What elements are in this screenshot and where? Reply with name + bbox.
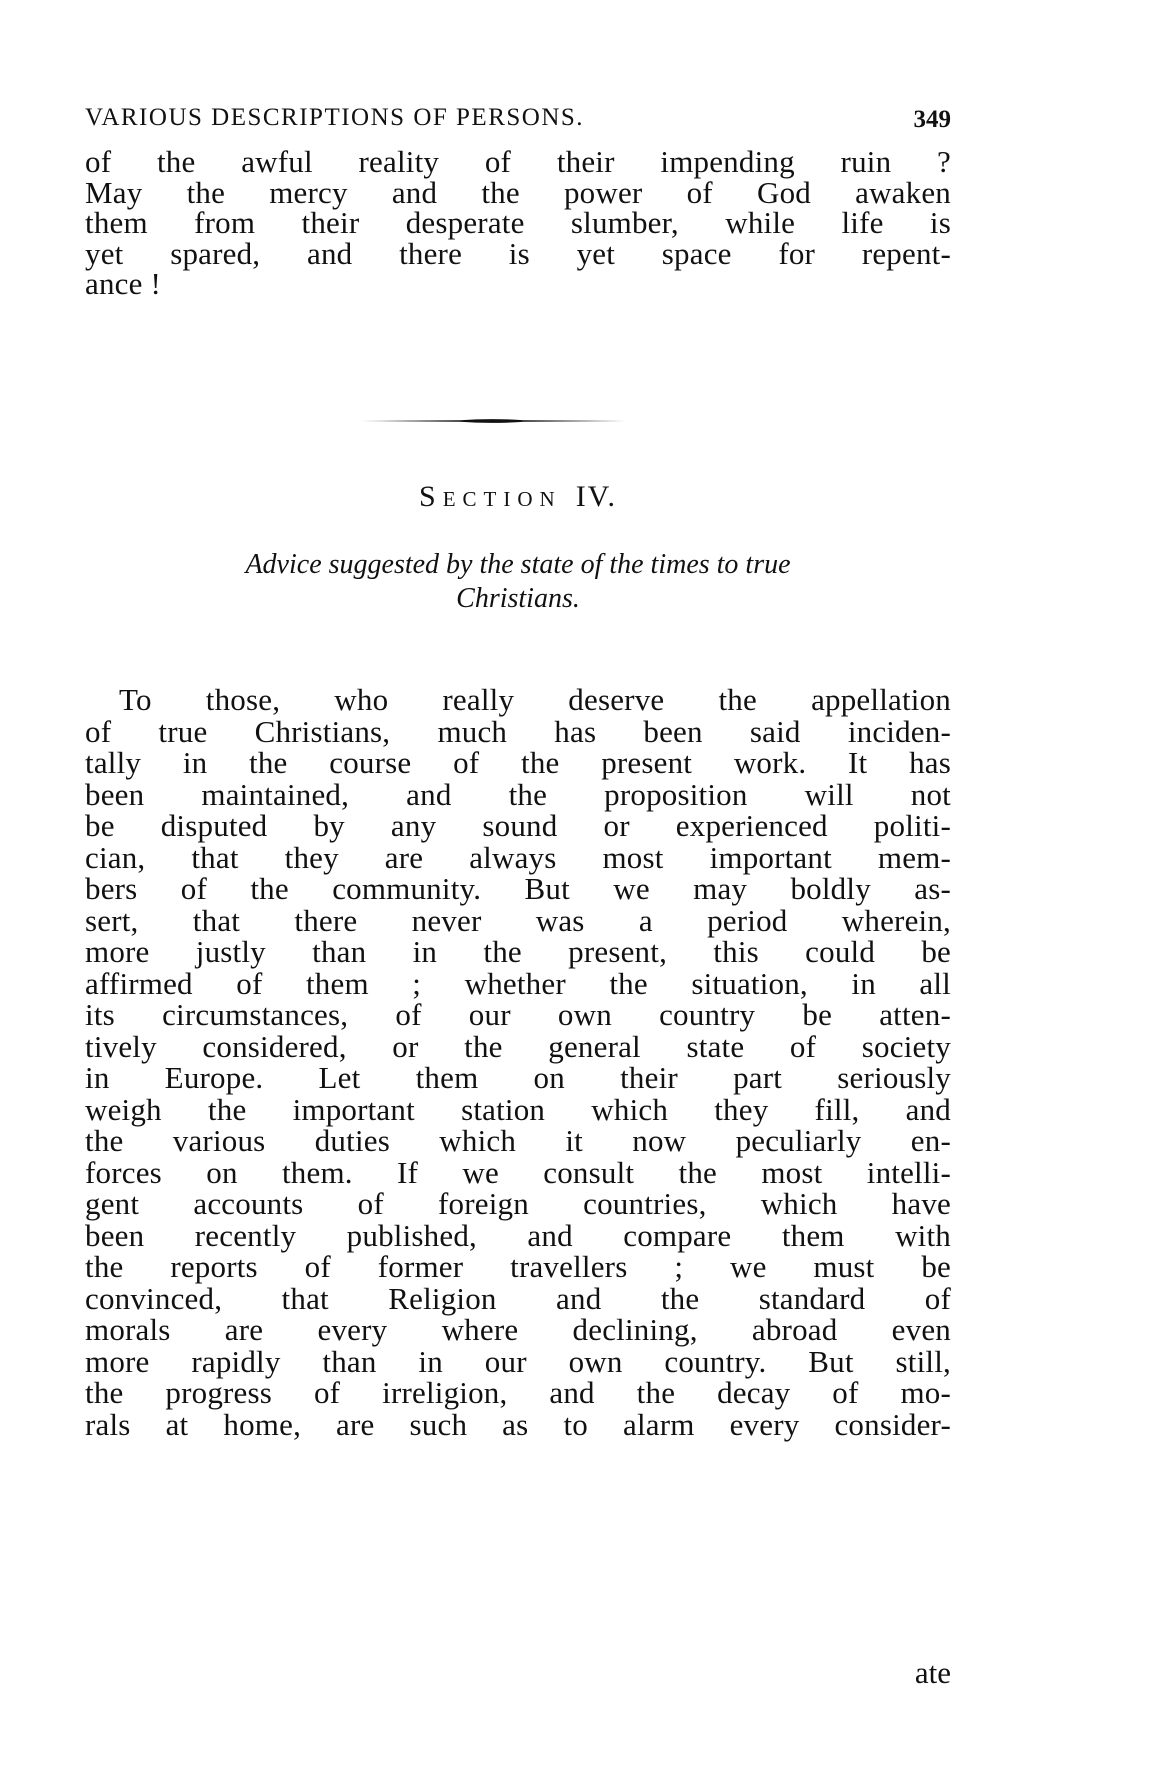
text-line: more rapidly than in our own country. Bu…: [85, 1346, 951, 1378]
text-line: forces on them. If we consult the most i…: [85, 1157, 951, 1189]
text-line: May the mercy and the power of God awake…: [85, 178, 951, 209]
text-line: of true Christians, much has been said i…: [85, 716, 951, 748]
text-line: yet spared, and there is yet space for r…: [85, 239, 951, 270]
text-line: been recently published, and compare the…: [85, 1220, 951, 1252]
text-line: its circumstances, of our own country be…: [85, 999, 951, 1031]
text-line: gent accounts of foreign countries, whic…: [85, 1188, 951, 1220]
text-line: convinced, that Religion and the standar…: [85, 1283, 951, 1315]
section-subtitle: Advice suggested by the state of the tim…: [85, 548, 951, 616]
text-line: To those, who really deserve the appella…: [85, 684, 951, 716]
text-line: of the awful reality of their impending …: [85, 147, 951, 178]
text-line: the reports of former travellers ; we mu…: [85, 1251, 951, 1283]
text-line: ance !: [85, 269, 951, 300]
text-line: tively considered, or the general state …: [85, 1031, 951, 1063]
text-line: sert, that there never was a period wher…: [85, 905, 951, 937]
subtitle-line: Advice suggested by the state of the tim…: [85, 548, 951, 582]
text-line: affirmed of them ; whether the situation…: [85, 968, 951, 1000]
section-heading: SectionIV.: [85, 480, 951, 514]
intro-paragraph: of the awful reality of their impending …: [85, 147, 951, 300]
page-number: 349: [914, 106, 952, 134]
text-line: in Europe. Let them on their part seriou…: [85, 1062, 951, 1094]
section-divider-rule: [360, 418, 625, 422]
running-title: Various Descriptions of Persons.: [85, 104, 584, 132]
section-number: IV.: [576, 480, 617, 513]
text-line: the various duties which it now peculiar…: [85, 1125, 951, 1157]
text-line: weigh the important station which they f…: [85, 1094, 951, 1126]
text-line: tally in the course of the present work.…: [85, 747, 951, 779]
text-line: them from their desperate slumber, while…: [85, 208, 951, 239]
subtitle-line: Christians.: [85, 582, 951, 616]
text-line: be disputed by any sound or experienced …: [85, 810, 951, 842]
body-paragraph: To those, who really deserve the appella…: [85, 684, 951, 1440]
text-line: bers of the community. But we may boldly…: [85, 873, 951, 905]
text-line: more justly than in the present, this co…: [85, 936, 951, 968]
running-head: Various Descriptions of Persons. 349: [85, 104, 951, 140]
text-line: rals at home, are such as to alarm every…: [85, 1409, 951, 1441]
section-label: Section: [419, 480, 562, 513]
catchword: ate: [915, 1655, 951, 1691]
text-line: the progress of irreligion, and the deca…: [85, 1377, 951, 1409]
text-line: been maintained, and the proposition wil…: [85, 779, 951, 811]
text-line: cian, that they are always most importan…: [85, 842, 951, 874]
text-line: morals are every where declining, abroad…: [85, 1314, 951, 1346]
book-page: Various Descriptions of Persons. 349 of …: [85, 0, 951, 1792]
